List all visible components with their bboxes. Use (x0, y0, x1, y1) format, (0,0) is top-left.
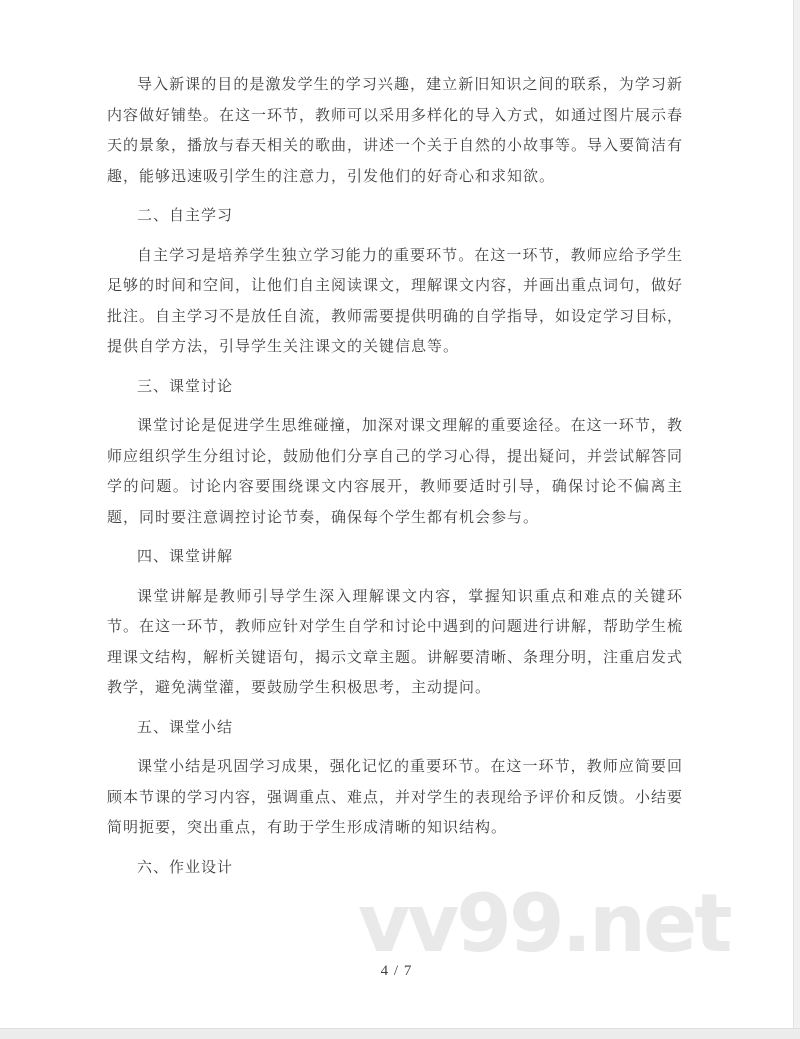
section-heading-class-discussion: 三、课堂讨论 (107, 372, 683, 403)
document-page: 导入新课的目的是激发学生的学习兴趣，建立新旧知识之间的联系，为学习新内容做好铺垫… (0, 0, 793, 1028)
watermark-text: vv99.net (358, 884, 729, 964)
section-heading-self-study: 二、自主学习 (107, 201, 683, 232)
section-heading-class-explanation: 四、课堂讲解 (107, 542, 683, 573)
paragraph-class-discussion: 课堂讨论是促进学生思维碰撞，加深对课文理解的重要途径。在这一环节，教师应组织学生… (107, 411, 683, 533)
paragraph-lesson-intro: 导入新课的目的是激发学生的学习兴趣，建立新旧知识之间的联系，为学习新内容做好铺垫… (107, 70, 683, 192)
paragraph-self-study: 自主学习是培养学生独立学习能力的重要环节。在这一环节，教师应给予学生足够的时间和… (107, 241, 683, 363)
viewer-bottom-edge (0, 1028, 800, 1039)
paragraph-class-explanation: 课堂讲解是教师引导学生深入理解课文内容，掌握知识重点和难点的关键环节。在这一环节… (107, 582, 683, 704)
section-heading-class-summary: 五、课堂小结 (107, 713, 683, 744)
page-number-indicator: 4 / 7 (0, 963, 793, 980)
document-viewer: 导入新课的目的是激发学生的学习兴趣，建立新旧知识之间的联系，为学习新内容做好铺垫… (0, 0, 800, 1039)
document-body: 导入新课的目的是激发学生的学习兴趣，建立新旧知识之间的联系，为学习新内容做好铺垫… (0, 0, 793, 883)
viewer-right-edge (793, 0, 800, 1028)
paragraph-class-summary: 课堂小结是巩固学习成果，强化记忆的重要环节。在这一环节，教师应简要回顾本节课的学… (107, 752, 683, 844)
